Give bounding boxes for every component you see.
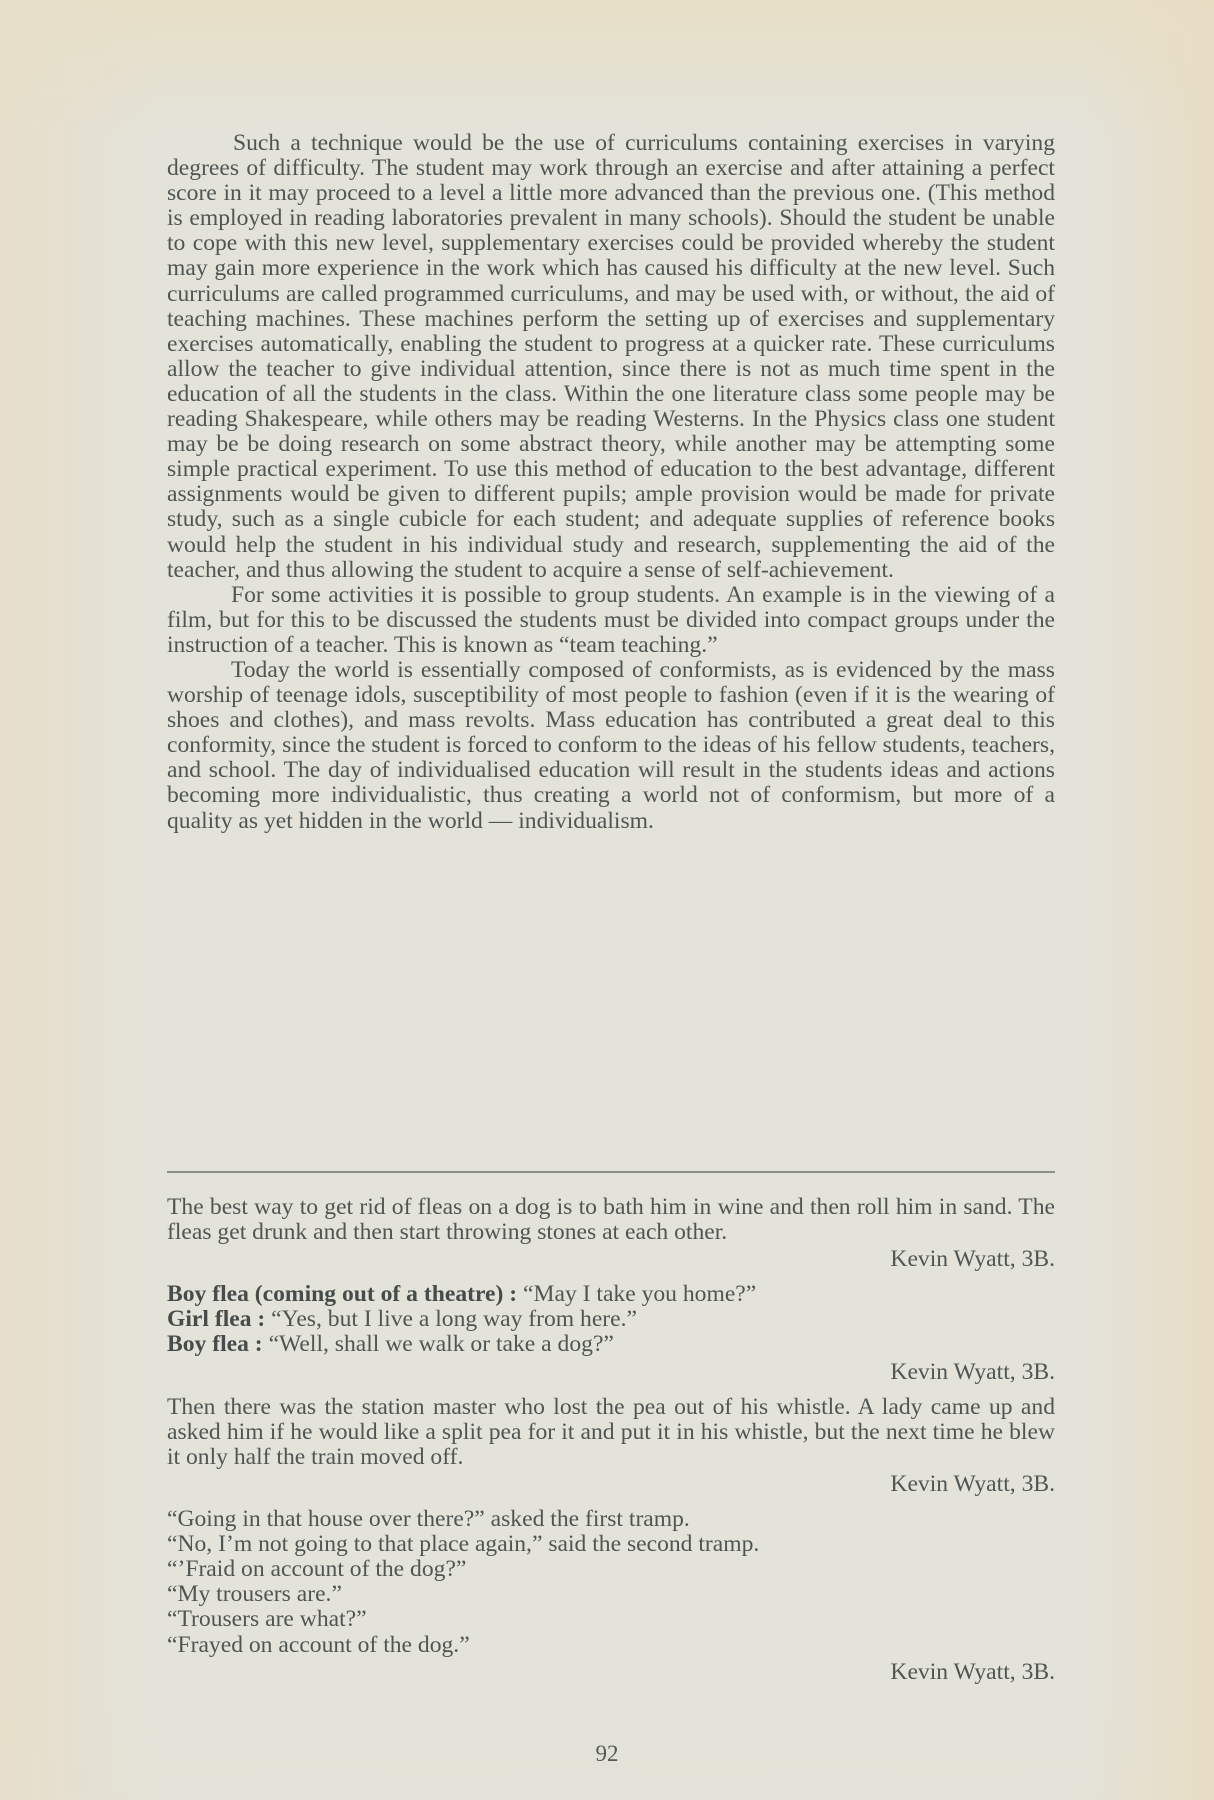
dialogue-text: “Yes, but I live a long way from here.”	[265, 1306, 637, 1332]
dialogue-line: “Frayed on account of the dog.”	[167, 1633, 1055, 1658]
speaker-label: Boy flea :	[167, 1331, 263, 1357]
dialogue-text: “Well, shall we walk or take a dog?”	[263, 1331, 614, 1357]
joke-credit: Kevin Wyatt, 3B.	[167, 1660, 1055, 1685]
essay-paragraph: Today the world is essentially composed …	[167, 658, 1055, 834]
essay-paragraph: Such a technique would be the use of cur…	[167, 131, 1055, 583]
page-number: 92	[0, 1741, 1214, 1767]
speaker-label: Boy flea (coming out of a theatre) :	[167, 1281, 517, 1307]
joke-flea-dialogue: Boy flea (coming out of a theatre) : “Ma…	[167, 1282, 1055, 1384]
dialogue-line: “’Fraid on account of the dog?”	[167, 1557, 1055, 1582]
dialogue-text: “May I take you home?”	[517, 1281, 756, 1307]
joke-text: Then there was the station master who lo…	[167, 1395, 1055, 1470]
book-page: Such a technique would be the use of cur…	[0, 0, 1214, 1800]
essay-section: Such a technique would be the use of cur…	[167, 131, 1055, 834]
joke-tramps: “Going in that house over there?” asked …	[167, 1507, 1055, 1685]
joke-credit: Kevin Wyatt, 3B.	[167, 1247, 1055, 1272]
essay-paragraph: For some activities it is possible to gr…	[167, 583, 1055, 658]
joke-credit: Kevin Wyatt, 3B.	[167, 1472, 1055, 1497]
joke-fleas-wine: The best way to get rid of fleas on a do…	[167, 1195, 1055, 1272]
dialogue-line: “No, I’m not going to that place again,”…	[167, 1532, 1055, 1557]
dialogue-line: “My trousers are.”	[167, 1582, 1055, 1607]
dialogue-line: “Going in that house over there?” asked …	[167, 1507, 1055, 1532]
joke-station-master: Then there was the station master who lo…	[167, 1395, 1055, 1497]
section-divider	[167, 1171, 1055, 1173]
speaker-label: Girl flea :	[167, 1306, 265, 1332]
dialogue-line: Girl flea : “Yes, but I live a long way …	[167, 1307, 1055, 1332]
dialogue-line: “Trousers are what?”	[167, 1607, 1055, 1632]
jokes-section: The best way to get rid of fleas on a do…	[167, 1195, 1055, 1695]
dialogue-line: Boy flea : “Well, shall we walk or take …	[167, 1332, 1055, 1357]
joke-credit: Kevin Wyatt, 3B.	[167, 1360, 1055, 1385]
dialogue-line: Boy flea (coming out of a theatre) : “Ma…	[167, 1282, 1055, 1307]
joke-text: The best way to get rid of fleas on a do…	[167, 1195, 1055, 1245]
